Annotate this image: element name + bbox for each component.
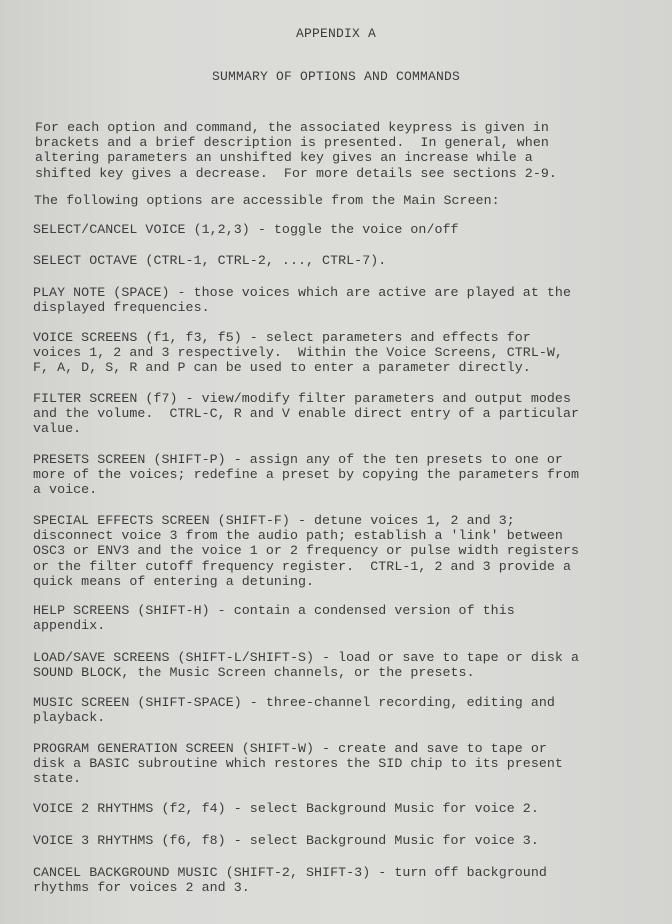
appendix-heading: APPENDIX A [0,26,672,41]
entry-voice-3-rhythms: VOICE 3 RHYTHMS (f6, f8) - select Backgr… [33,833,653,848]
entry-play-note: PLAY NOTE (SPACE) - those voices which a… [33,285,653,315]
entry-voice-2-rhythms: VOICE 2 RHYTHMS (f2, f4) - select Backgr… [33,801,653,816]
entry-music-screen: MUSIC SCREEN (SHIFT-SPACE) - three-chann… [33,695,653,725]
entry-special-effects-screen: SPECIAL EFFECTS SCREEN (SHIFT-F) - detun… [33,513,653,589]
entry-filter-screen: FILTER SCREEN (f7) - view/modify filter … [33,391,653,437]
appendix-subheading: SUMMARY OF OPTIONS AND COMMANDS [0,69,672,84]
entry-program-generation-screen: PROGRAM GENERATION SCREEN (SHIFT-W) - cr… [33,741,653,787]
entry-presets-screen: PRESETS SCREEN (SHIFT-P) - assign any of… [33,452,653,498]
entry-select-cancel-voice: SELECT/CANCEL VOICE (1,2,3) - toggle the… [33,222,653,237]
entry-select-octave: SELECT OCTAVE (CTRL-1, CTRL-2, ..., CTRL… [33,253,653,268]
entry-voice-screens: VOICE SCREENS (f1, f3, f5) - select para… [33,330,653,376]
entry-load-save-screens: LOAD/SAVE SCREENS (SHIFT-L/SHIFT-S) - lo… [33,650,653,680]
document-page: APPENDIX A SUMMARY OF OPTIONS AND COMMAN… [0,0,672,924]
entry-help-screens: HELP SCREENS (SHIFT-H) - contain a conde… [33,603,653,633]
main-screen-lead-in: The following options are accessible fro… [34,193,654,208]
intro-paragraph: For each option and command, the associa… [35,120,655,181]
entry-cancel-background-music: CANCEL BACKGROUND MUSIC (SHIFT-2, SHIFT-… [33,865,653,895]
